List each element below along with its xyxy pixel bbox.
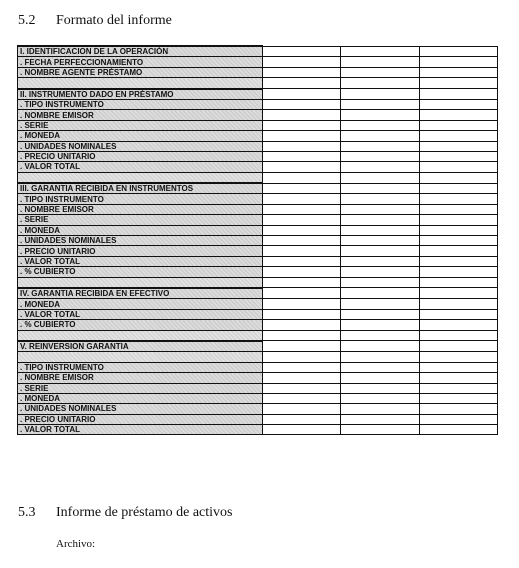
- value-cell: [341, 309, 419, 319]
- value-cell: [341, 393, 419, 403]
- section-heading-5-2: 5.2Formato del informe: [18, 13, 172, 29]
- value-cell: [341, 131, 419, 141]
- table-row: . SERIE: [18, 383, 498, 393]
- table-row: . TIPO INSTRUMENTO: [18, 194, 498, 204]
- value-cell: [341, 89, 419, 100]
- table-row: . MONEDA: [18, 393, 498, 403]
- value-cell: [341, 99, 419, 109]
- value-cell: [263, 277, 341, 288]
- value-cell: [419, 256, 497, 266]
- value-cell: [419, 162, 497, 172]
- table-blank-row: [18, 172, 498, 183]
- value-cell: [341, 341, 419, 352]
- value-cell: [419, 288, 497, 299]
- table-section-row: IV. GARANTIA RECIBIDA EN EFECTIVO: [18, 288, 498, 299]
- value-cell: [419, 373, 497, 383]
- row-label: . MONEDA: [18, 393, 263, 403]
- table-blank-row: [18, 78, 498, 89]
- row-label: . SERIE: [18, 215, 263, 225]
- value-cell: [263, 393, 341, 403]
- value-cell: [419, 110, 497, 120]
- value-cell: [341, 46, 419, 57]
- value-cell: [263, 89, 341, 100]
- value-cell: [263, 194, 341, 204]
- row-label: . MONEDA: [18, 299, 263, 309]
- value-cell: [341, 299, 419, 309]
- value-cell: [341, 267, 419, 277]
- value-cell: [419, 267, 497, 277]
- value-cell: [419, 352, 497, 362]
- value-cell: [341, 352, 419, 362]
- row-label: . VALOR TOTAL: [18, 309, 263, 319]
- row-label: . VALOR TOTAL: [18, 162, 263, 172]
- value-cell: [341, 246, 419, 256]
- value-cell: [263, 404, 341, 414]
- row-label: . % CUBIERTO: [18, 267, 263, 277]
- value-cell: [263, 67, 341, 77]
- value-cell: [341, 425, 419, 435]
- table-blank-row: [18, 330, 498, 341]
- value-cell: [419, 330, 497, 341]
- value-cell: [263, 141, 341, 151]
- value-cell: [263, 172, 341, 183]
- table-row: . PRECIO UNITARIO: [18, 414, 498, 424]
- value-cell: [341, 404, 419, 414]
- row-label: [18, 330, 263, 341]
- value-cell: [263, 414, 341, 424]
- value-cell: [263, 162, 341, 172]
- table-row: . NOMBRE EMISOR: [18, 110, 498, 120]
- row-label: . TIPO INSTRUMENTO: [18, 99, 263, 109]
- row-label: . SERIE: [18, 383, 263, 393]
- value-cell: [419, 404, 497, 414]
- row-label: . VALOR TOTAL: [18, 256, 263, 266]
- value-cell: [419, 309, 497, 319]
- value-cell: [341, 320, 419, 330]
- value-cell: [419, 383, 497, 393]
- row-label: . VALOR TOTAL: [18, 425, 263, 435]
- value-cell: [419, 414, 497, 424]
- value-cell: [341, 225, 419, 235]
- value-cell: [263, 183, 341, 194]
- value-cell: [419, 236, 497, 246]
- table-row: . NOMBRE EMISOR: [18, 373, 498, 383]
- value-cell: [263, 256, 341, 266]
- value-cell: [263, 299, 341, 309]
- table-section-row: V. REINVERSION GARANTIA: [18, 341, 498, 352]
- value-cell: [263, 330, 341, 341]
- value-cell: [419, 141, 497, 151]
- table-row: . MONEDA: [18, 225, 498, 235]
- table-blank-row: [18, 277, 498, 288]
- table-row: . VALOR TOTAL: [18, 256, 498, 266]
- value-cell: [341, 288, 419, 299]
- value-cell: [263, 309, 341, 319]
- section-title: Formato del informe: [56, 13, 172, 28]
- value-cell: [263, 110, 341, 120]
- row-label: . TIPO INSTRUMENTO: [18, 194, 263, 204]
- value-cell: [419, 320, 497, 330]
- table-row: . VALOR TOTAL: [18, 309, 498, 319]
- value-cell: [263, 320, 341, 330]
- row-label: . PRECIO UNITARIO: [18, 246, 263, 256]
- value-cell: [341, 256, 419, 266]
- value-cell: [419, 99, 497, 109]
- value-cell: [263, 120, 341, 130]
- value-cell: [419, 362, 497, 372]
- table-section-row: II. INSTRUMENTO DADO EN PRÉSTAMO: [18, 89, 498, 100]
- value-cell: [263, 341, 341, 352]
- table-row: . % CUBIERTO: [18, 320, 498, 330]
- value-cell: [263, 425, 341, 435]
- row-label: . NOMBRE EMISOR: [18, 373, 263, 383]
- value-cell: [419, 183, 497, 194]
- table-row: . SERIE: [18, 215, 498, 225]
- archivo-label: Archivo:: [56, 538, 95, 550]
- value-cell: [419, 425, 497, 435]
- row-label: . UNIDADES NOMINALES: [18, 236, 263, 246]
- row-label: . MONEDA: [18, 225, 263, 235]
- table-row: . TIPO INSTRUMENTO: [18, 362, 498, 372]
- table-row: . MONEDA: [18, 299, 498, 309]
- row-label: . NOMBRE EMISOR: [18, 204, 263, 214]
- table-row: . UNIDADES NOMINALES: [18, 236, 498, 246]
- row-label: . UNIDADES NOMINALES: [18, 141, 263, 151]
- value-cell: [341, 373, 419, 383]
- value-cell: [341, 141, 419, 151]
- value-cell: [263, 246, 341, 256]
- table-row: . VALOR TOTAL: [18, 425, 498, 435]
- value-cell: [341, 162, 419, 172]
- value-cell: [341, 330, 419, 341]
- row-label: . % CUBIERTO: [18, 320, 263, 330]
- value-cell: [341, 120, 419, 130]
- value-cell: [263, 57, 341, 67]
- row-label: . MONEDA: [18, 131, 263, 141]
- table-row: . PRECIO UNITARIO: [18, 246, 498, 256]
- row-label: . PRECIO UNITARIO: [18, 151, 263, 161]
- value-cell: [341, 151, 419, 161]
- value-cell: [341, 194, 419, 204]
- table-row: . MONEDA: [18, 131, 498, 141]
- value-cell: [341, 78, 419, 89]
- table-section-row: I. IDENTIFICACION DE LA OPERACIÓN: [18, 46, 498, 57]
- value-cell: [419, 57, 497, 67]
- value-cell: [263, 267, 341, 277]
- value-cell: [419, 194, 497, 204]
- value-cell: [263, 46, 341, 57]
- value-cell: [419, 277, 497, 288]
- table-blank-row: [18, 352, 498, 362]
- report-format-table: I. IDENTIFICACION DE LA OPERACIÓN. FECHA…: [17, 45, 498, 435]
- table-row: . NOMBRE AGENTE PRÉSTAMO: [18, 67, 498, 77]
- table-row: . VALOR TOTAL: [18, 162, 498, 172]
- row-label: [18, 78, 263, 89]
- section-number: 5.3: [18, 505, 56, 521]
- row-label: . UNIDADES NOMINALES: [18, 404, 263, 414]
- value-cell: [341, 172, 419, 183]
- value-cell: [419, 225, 497, 235]
- value-cell: [419, 204, 497, 214]
- row-label: II. INSTRUMENTO DADO EN PRÉSTAMO: [18, 89, 263, 100]
- value-cell: [263, 99, 341, 109]
- row-label: [18, 277, 263, 288]
- row-label: . PRECIO UNITARIO: [18, 414, 263, 424]
- table-row: . TIPO INSTRUMENTO: [18, 99, 498, 109]
- row-label: . NOMBRE EMISOR: [18, 110, 263, 120]
- value-cell: [419, 246, 497, 256]
- value-cell: [419, 67, 497, 77]
- value-cell: [419, 46, 497, 57]
- value-cell: [419, 172, 497, 183]
- value-cell: [419, 341, 497, 352]
- value-cell: [419, 299, 497, 309]
- row-label: . NOMBRE AGENTE PRÉSTAMO: [18, 67, 263, 77]
- value-cell: [419, 151, 497, 161]
- table-row: . UNIDADES NOMINALES: [18, 404, 498, 414]
- value-cell: [263, 383, 341, 393]
- value-cell: [419, 89, 497, 100]
- section-number: 5.2: [18, 13, 56, 29]
- value-cell: [341, 236, 419, 246]
- value-cell: [263, 225, 341, 235]
- table-row: . UNIDADES NOMINALES: [18, 141, 498, 151]
- value-cell: [263, 215, 341, 225]
- value-cell: [263, 352, 341, 362]
- row-label: III. GARANTIA RECIBIDA EN INSTRUMENTOS: [18, 183, 263, 194]
- table-row: . SERIE: [18, 120, 498, 130]
- value-cell: [263, 288, 341, 299]
- value-cell: [341, 110, 419, 120]
- value-cell: [341, 215, 419, 225]
- value-cell: [341, 383, 419, 393]
- value-cell: [341, 204, 419, 214]
- row-label: [18, 172, 263, 183]
- value-cell: [263, 204, 341, 214]
- value-cell: [263, 151, 341, 161]
- value-cell: [263, 131, 341, 141]
- value-cell: [419, 215, 497, 225]
- value-cell: [419, 131, 497, 141]
- value-cell: [263, 236, 341, 246]
- section-title: Informe de préstamo de activos: [56, 505, 233, 520]
- value-cell: [341, 57, 419, 67]
- value-cell: [341, 183, 419, 194]
- table-row: . NOMBRE EMISOR: [18, 204, 498, 214]
- table-section-row: III. GARANTIA RECIBIDA EN INSTRUMENTOS: [18, 183, 498, 194]
- row-label: . FECHA PERFECCIONAMIENTO: [18, 57, 263, 67]
- value-cell: [341, 414, 419, 424]
- value-cell: [419, 393, 497, 403]
- row-label: V. REINVERSION GARANTIA: [18, 341, 263, 352]
- table-row: . PRECIO UNITARIO: [18, 151, 498, 161]
- value-cell: [419, 78, 497, 89]
- row-label: I. IDENTIFICACION DE LA OPERACIÓN: [18, 46, 263, 57]
- table-row: . FECHA PERFECCIONAMIENTO: [18, 57, 498, 67]
- value-cell: [263, 362, 341, 372]
- value-cell: [263, 78, 341, 89]
- row-label: [18, 352, 263, 362]
- value-cell: [263, 373, 341, 383]
- row-label: . TIPO INSTRUMENTO: [18, 362, 263, 372]
- value-cell: [341, 277, 419, 288]
- row-label: . SERIE: [18, 120, 263, 130]
- value-cell: [341, 362, 419, 372]
- value-cell: [341, 67, 419, 77]
- row-label: IV. GARANTIA RECIBIDA EN EFECTIVO: [18, 288, 263, 299]
- value-cell: [419, 120, 497, 130]
- table-row: . % CUBIERTO: [18, 267, 498, 277]
- section-heading-5-3: 5.3Informe de préstamo de activos: [18, 505, 233, 521]
